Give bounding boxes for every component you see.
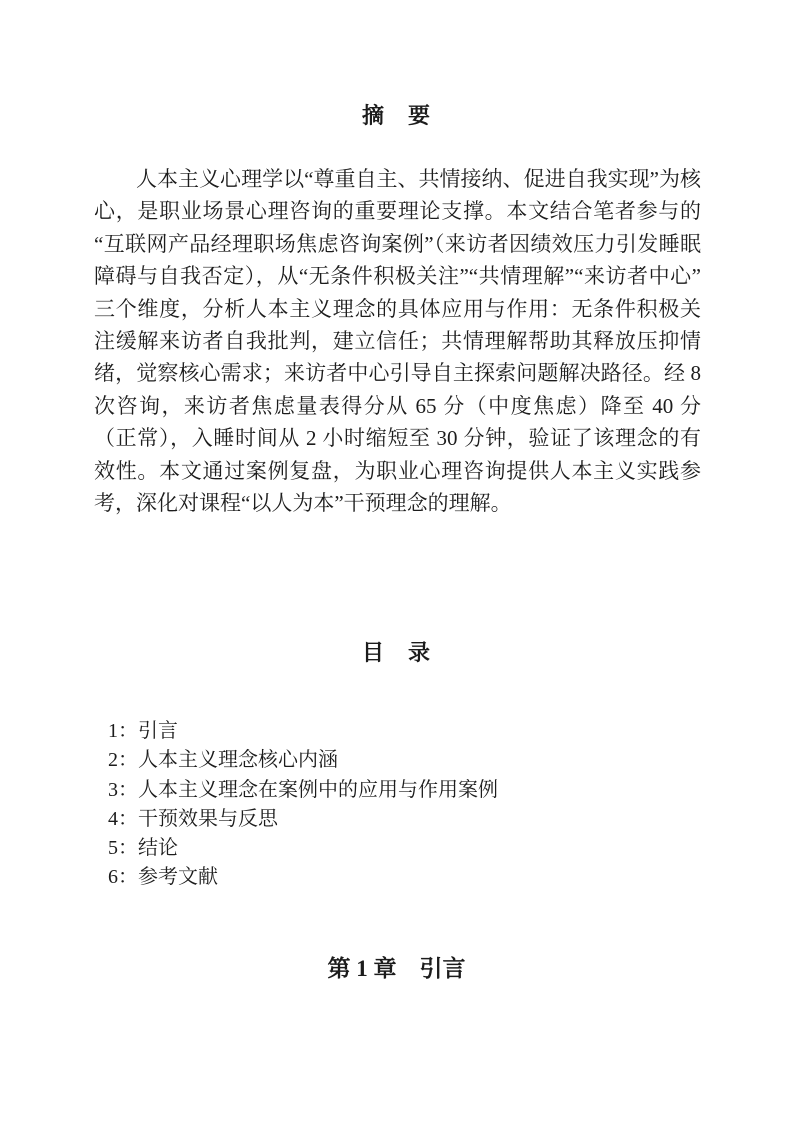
toc-item-5: 5：结论 xyxy=(108,834,668,863)
toc-title: 目 录 xyxy=(0,638,793,668)
toc-item-2: 2：人本主义理念核心内涵 xyxy=(108,746,668,775)
toc-item-4: 4：干预效果与反思 xyxy=(108,805,668,834)
abstract-paragraph: 人本主义心理学以“尊重自主、共情接纳、促进自我实现”为核心，是职业场景心理咨询的… xyxy=(94,163,701,519)
toc-item-1: 1：引言 xyxy=(108,717,668,746)
toc-item-3: 3：人本主义理念在案例中的应用与作用案例 xyxy=(108,776,668,805)
abstract-title: 摘 要 xyxy=(0,101,793,131)
chapter-1-heading: 第 1 章 引言 xyxy=(0,953,793,985)
toc-item-6: 6：参考文献 xyxy=(108,863,668,892)
toc-list: 1：引言 2：人本主义理念核心内涵 3：人本主义理念在案例中的应用与作用案例 4… xyxy=(108,717,668,893)
document-page: 摘 要 人本主义心理学以“尊重自主、共情接纳、促进自我实现”为核心，是职业场景心… xyxy=(0,0,793,1122)
